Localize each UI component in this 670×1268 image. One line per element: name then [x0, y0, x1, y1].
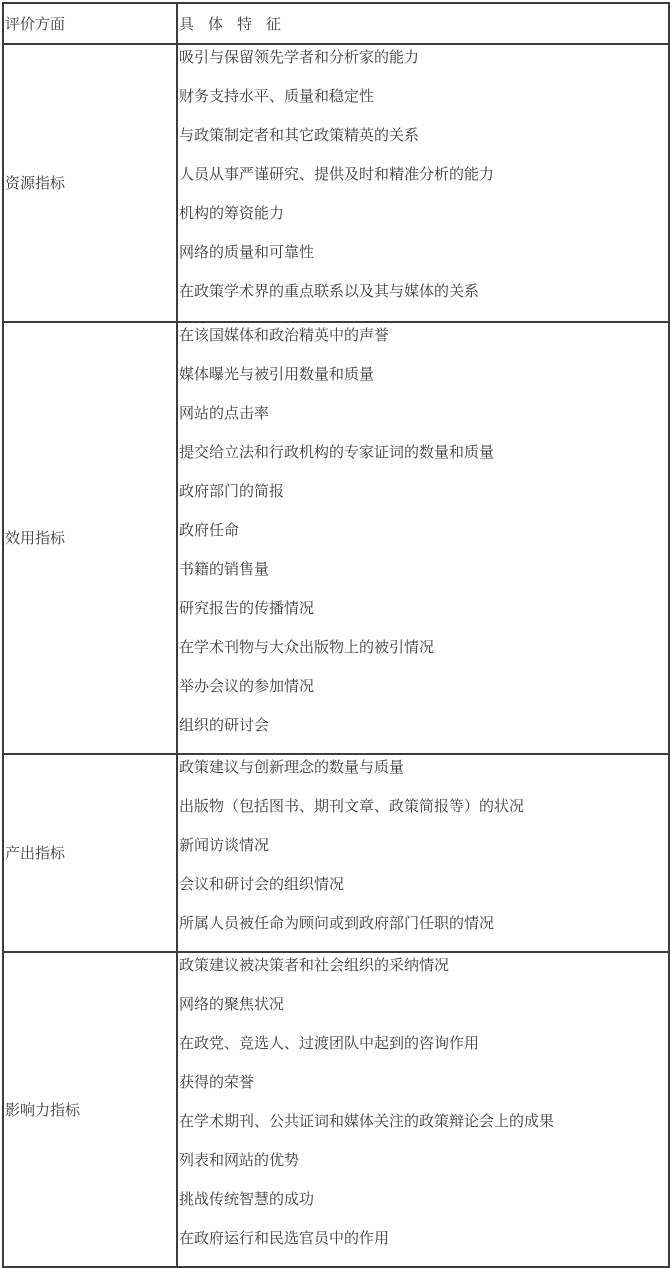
features-cell: 吸引与保留领先学者和分析家的能力 财务支持水平、质量和稳定性 与政策制定者和其它… [177, 44, 669, 322]
list-item: 所属人员被任命为顾问或到政府部门任职的情况 [178, 911, 668, 950]
list-item: 书籍的销售量 [178, 557, 668, 596]
features-cell: 在该国媒体和政治精英中的声誉 媒体曝光与被引用数量和质量 网站的点击率 提交给立… [177, 322, 669, 754]
list-item: 挑战传统智慧的成功 [178, 1187, 668, 1226]
category-cell: 产出指标 [3, 754, 177, 952]
category-label-influence: 影响力指标 [4, 1100, 176, 1120]
list-item: 在政策学术界的重点联系以及其与媒体的关系 [178, 279, 668, 318]
features-cell: 政策建议与创新理念的数量与质量 出版物（包括图书、期刊文章、政策简报等）的状况 … [177, 754, 669, 952]
category-cell: 资源指标 [3, 44, 177, 322]
header-row: 评价方面 具体特征 [3, 3, 669, 44]
list-item: 政策建议被决策者和社会组织的采纳情况 [178, 953, 668, 992]
list-item: 政府任命 [178, 518, 668, 557]
list-item: 提交给立法和行政机构的专家证词的数量和质量 [178, 440, 668, 479]
list-item: 在学术期刊、公共证词和媒体关注的政策辩论会上的成果 [178, 1109, 668, 1148]
list-item: 网站的点击率 [178, 401, 668, 440]
list-item: 网络的聚焦状况 [178, 992, 668, 1031]
feature-list-output: 政策建议与创新理念的数量与质量 出版物（包括图书、期刊文章、政策简报等）的状况 … [178, 755, 668, 950]
feature-list-utility: 在该国媒体和政治精英中的声誉 媒体曝光与被引用数量和质量 网站的点击率 提交给立… [178, 323, 668, 752]
list-item: 媒体曝光与被引用数量和质量 [178, 362, 668, 401]
section-output: 产出指标 政策建议与创新理念的数量与质量 出版物（包括图书、期刊文章、政策简报等… [3, 754, 669, 952]
header-features: 具体特征 [177, 3, 669, 44]
list-item: 在政党、竞选人、过渡团队中起到的咨询作用 [178, 1031, 668, 1070]
list-item: 机构的筹资能力 [178, 201, 668, 240]
list-item: 政策建议与创新理念的数量与质量 [178, 755, 668, 794]
category-label-resource: 资源指标 [4, 173, 176, 193]
list-item: 新闻访谈情况 [178, 833, 668, 872]
feature-list-influence: 政策建议被决策者和社会组织的采纳情况 网络的聚焦状况 在政党、竞选人、过渡团队中… [178, 953, 668, 1265]
category-label-output: 产出指标 [4, 843, 176, 863]
list-item: 吸引与保留领先学者和分析家的能力 [178, 45, 668, 84]
section-resource: 资源指标 吸引与保留领先学者和分析家的能力 财务支持水平、质量和稳定性 与政策制… [3, 44, 669, 322]
section-utility: 效用指标 在该国媒体和政治精英中的声誉 媒体曝光与被引用数量和质量 网站的点击率… [3, 322, 669, 754]
list-item: 会议和研讨会的组织情况 [178, 872, 668, 911]
category-label-utility: 效用指标 [4, 528, 176, 548]
list-item: 人员从事严谨研究、提供及时和精准分析的能力 [178, 162, 668, 201]
category-cell: 效用指标 [3, 322, 177, 754]
header-aspect: 评价方面 [3, 3, 177, 44]
features-cell: 政策建议被决策者和社会组织的采纳情况 网络的聚焦状况 在政党、竞选人、过渡团队中… [177, 952, 669, 1267]
list-item: 获得的荣誉 [178, 1070, 668, 1109]
list-item: 与政策制定者和其它政策精英的关系 [178, 123, 668, 162]
list-item: 政府部门的简报 [178, 479, 668, 518]
list-item: 列表和网站的优势 [178, 1148, 668, 1187]
list-item: 在该国媒体和政治精英中的声誉 [178, 323, 668, 362]
list-item: 在政府运行和民选官员中的作用 [178, 1226, 668, 1265]
list-item: 在学术刊物与大众出版物上的被引情况 [178, 635, 668, 674]
list-item: 出版物（包括图书、期刊文章、政策简报等）的状况 [178, 794, 668, 833]
header-features-label: 具体特征 [178, 14, 668, 34]
feature-list-resource: 吸引与保留领先学者和分析家的能力 财务支持水平、质量和稳定性 与政策制定者和其它… [178, 45, 668, 318]
category-cell: 影响力指标 [3, 952, 177, 1267]
list-item: 举办会议的参加情况 [178, 674, 668, 713]
list-item: 网络的质量和可靠性 [178, 240, 668, 279]
evaluation-table: 评价方面 具体特征 资源指标 吸引与保留领先学者和分析家的能力 财务支持水平、质… [2, 2, 670, 1267]
list-item: 财务支持水平、质量和稳定性 [178, 84, 668, 123]
list-item: 组织的研讨会 [178, 713, 668, 752]
list-item: 研究报告的传播情况 [178, 596, 668, 635]
section-influence: 影响力指标 政策建议被决策者和社会组织的采纳情况 网络的聚焦状况 在政党、竞选人… [3, 952, 669, 1267]
